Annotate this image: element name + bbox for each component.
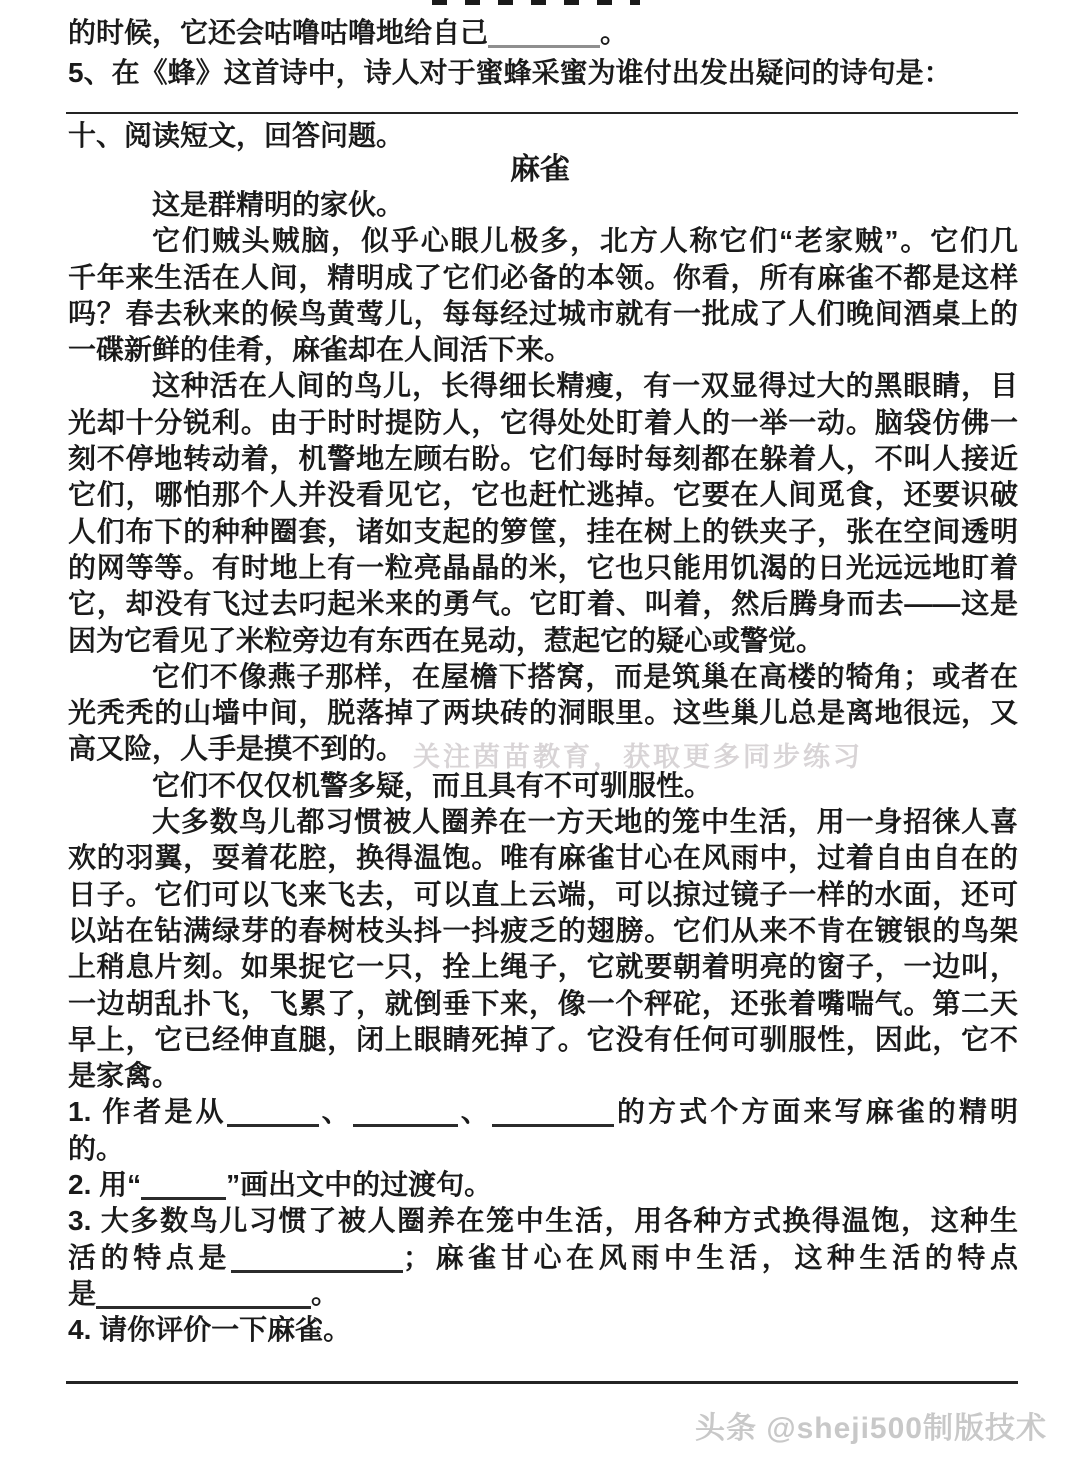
section-divider bbox=[66, 112, 1018, 114]
text-line: 是。 bbox=[68, 1276, 1018, 1312]
text-line: 5、在《蜂》这首诗中，诗人对于蜜蜂采蜜为谁付出发出疑问的诗句是： bbox=[68, 53, 1018, 93]
text-line: 吗？春去秋来的候鸟黄莺儿，每每经过城市就有一批成了人们晚间酒桌上的 bbox=[68, 296, 1018, 332]
text-line: 日子。它们可以飞来飞去，可以直上云端，可以掠过镜子一样的水面，还可 bbox=[68, 877, 1018, 913]
passage-title: 麻雀 bbox=[0, 152, 1080, 188]
text-line: 欢的羽翼，耍着花腔，换得温饱。唯有麻雀甘心在风雨中，过着自由自在的 bbox=[68, 840, 1018, 876]
section-heading: 十、阅读短文，回答问题。 bbox=[68, 116, 404, 156]
text-line: 一边胡乱扑飞，飞累了，就倒垂下来，像一个秤砣，还张着嘴喘气。第二天 bbox=[68, 986, 1018, 1022]
text-line: 光却十分锐利。由于时时提防人，它得处处盯着人的一举一动。脑袋仿佛一 bbox=[68, 405, 1018, 441]
text-line: 是家禽。 bbox=[68, 1058, 1018, 1094]
text-line: 光秃秃的山墙中间，脱落掉了两块砖的洞眼里。这些巢儿总是离地很远，又 bbox=[68, 695, 1018, 731]
answer-blank bbox=[231, 1262, 403, 1273]
text-line: 因为它看见了米粒旁边有东西在晃动，惹起它的疑心或警觉。 bbox=[68, 623, 1018, 659]
answer-blank bbox=[492, 1116, 614, 1127]
text-line: 早上，它已经伸直腿，闭上眼睛死掉了。它没有任何可驯服性，因此，它不 bbox=[68, 1022, 1018, 1058]
answer-blank bbox=[227, 1116, 319, 1127]
text-line: 大多数鸟儿都习惯被人圈养在一方天地的笼中生活，用一身招徕人喜 bbox=[68, 804, 1018, 840]
text-line: 的。 bbox=[68, 1131, 1018, 1167]
text-line: 3. 大多数鸟儿习惯了被人圈养在笼中生活，用各种方式换得温饱，这种生 bbox=[68, 1203, 1018, 1239]
text-line: 2. 用“”画出文中的过渡句。 bbox=[68, 1167, 1018, 1203]
text-line: 它，却没有飞过去叼起米来的勇气。它盯着、叫着，然后腾身而去——这是 bbox=[68, 586, 1018, 622]
text-line: 刻不停地转动着，机警地左顾右盼。它们每时每刻都在躲着人，不叫人接近 bbox=[68, 441, 1018, 477]
text-line: 千年来生活在人间，精明成了它们必备的本领。你看，所有麻雀不都是这样 bbox=[68, 260, 1018, 296]
text-line: 它们，哪怕那个人并没看见它，它也赶忙逃掉。它要在人间觅食，还要识破 bbox=[68, 477, 1018, 513]
text-line: 它们不仅仅机警多疑，而且具有不可驯服性。 bbox=[68, 768, 1018, 804]
cutoff-text-remnant bbox=[432, 0, 640, 5]
worksheet-page: 关注茵苗教育，获取更多同步练习 的时候，它还会咕噜咕噜地给自己。5、在《蜂》这首… bbox=[0, 0, 1080, 1464]
bottom-divider bbox=[66, 1381, 1018, 1384]
text-line: 它们贼头贼脑，似乎心眼儿极多，北方人称它们“老家贼”。它们几 bbox=[68, 223, 1018, 259]
footer-credit: 头条 @sheji500制版技术 bbox=[695, 1403, 1047, 1447]
text-line: 活的特点是；麻雀甘心在风雨中生活，这种生活的特点 bbox=[68, 1240, 1018, 1276]
text-line: 1. 作者是从、、的方式个方面来写麻雀的精明 bbox=[68, 1094, 1018, 1130]
text-line: 高又险，人手是摸不到的。 bbox=[68, 731, 1018, 767]
text-line: 这种活在人间的鸟儿，长得细长精瘦，有一双显得过大的黑眼睛，目 bbox=[68, 368, 1018, 404]
text-line: 它们不像燕子那样，在屋檐下搭窝，而是筑巢在高楼的犄角；或者在 bbox=[68, 659, 1018, 695]
answer-blank bbox=[96, 1298, 311, 1309]
text-line: 这是群精明的家伙。 bbox=[68, 187, 1018, 223]
answer-blank bbox=[353, 1116, 458, 1127]
passage-and-questions-block: 这是群精明的家伙。它们贼头贼脑，似乎心眼儿极多，北方人称它们“老家贼”。它们几千… bbox=[68, 187, 1018, 1349]
answer-blank bbox=[141, 1189, 226, 1200]
text-line: 4. 请你评价一下麻雀。 bbox=[68, 1312, 1018, 1348]
answer-blank bbox=[488, 37, 600, 48]
text-line: 的时候，它还会咕噜咕噜地给自己。 bbox=[68, 13, 1018, 53]
text-line: 人们布下的种种圈套，诸如支起的箩筐，挂在树上的铁夹子，张在空间透明 bbox=[68, 514, 1018, 550]
text-line: 的网等等。有时地上有一粒亮晶晶的米，它也只能用饥渴的日光远远地盯着 bbox=[68, 550, 1018, 586]
text-line: 以站在钻满绿芽的春树枝头抖一抖疲乏的翅膀。它们从来不肯在镀银的鸟架 bbox=[68, 913, 1018, 949]
previous-questions-block: 的时候，它还会咕噜咕噜地给自己。5、在《蜂》这首诗中，诗人对于蜜蜂采蜜为谁付出发… bbox=[68, 13, 1018, 93]
text-line: 一碟新鲜的佳肴，麻雀却在人间活下来。 bbox=[68, 332, 1018, 368]
text-line: 上稍息片刻。如果捉它一只，拴上绳子，它就要朝着明亮的窗子，一边叫， bbox=[68, 949, 1018, 985]
